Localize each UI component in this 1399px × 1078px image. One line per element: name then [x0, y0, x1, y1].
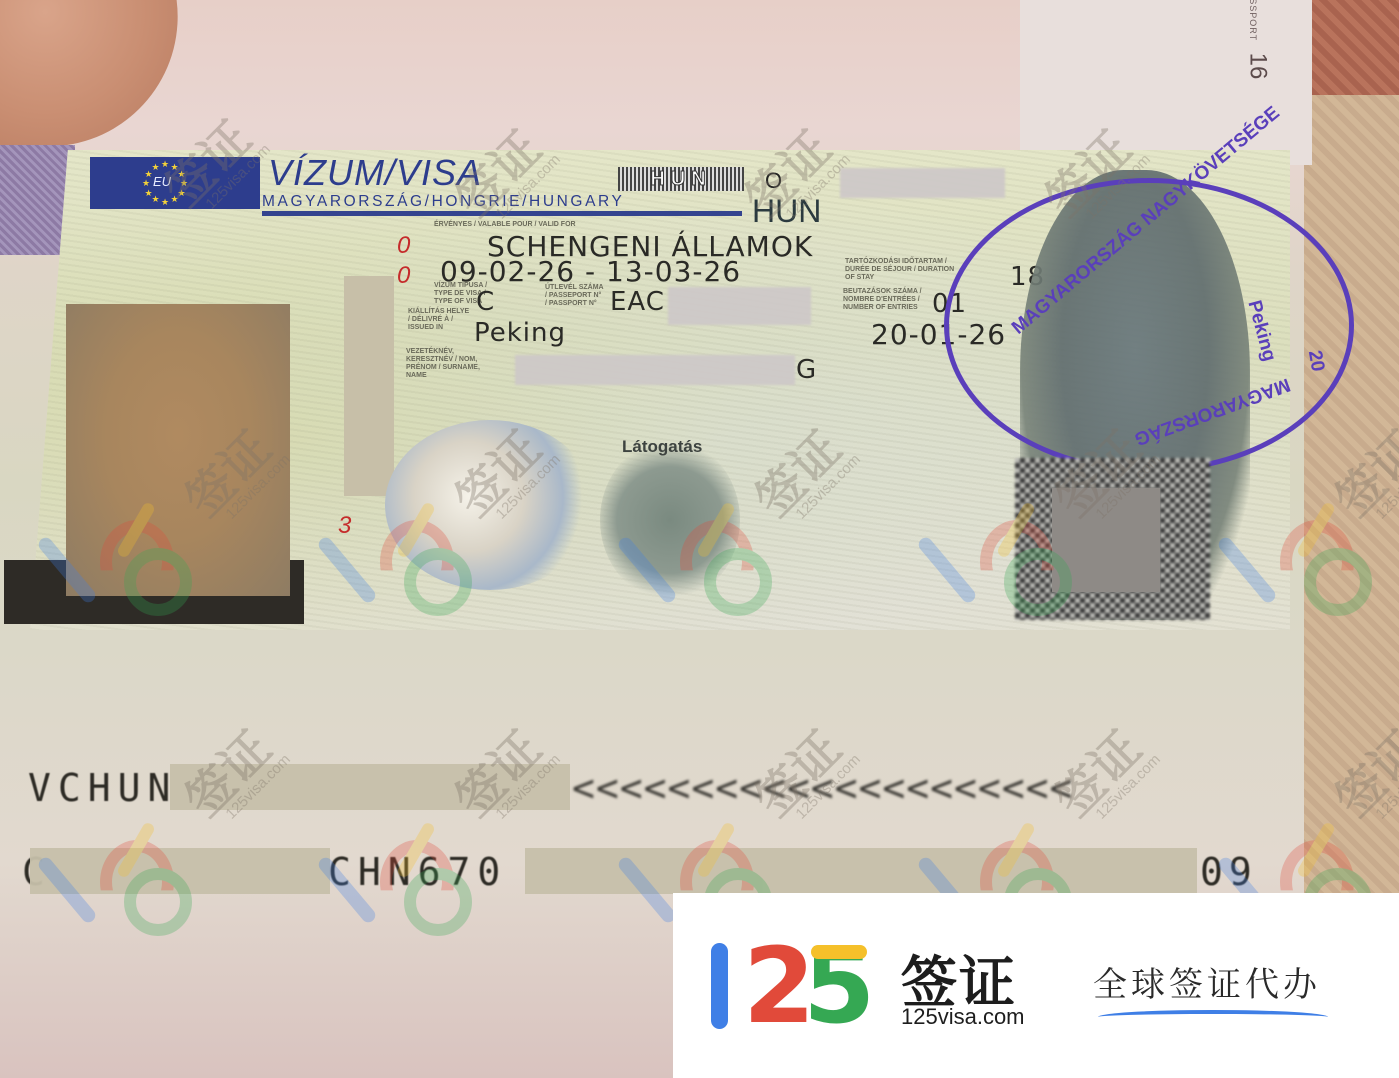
dates-separator: - [585, 255, 596, 288]
passport-page-number: 16 [1243, 53, 1271, 80]
visa-title: VÍZUM/VISA [268, 152, 482, 194]
eu-star-icon: ★ [161, 160, 169, 169]
eu-star-icon: ★ [152, 163, 160, 172]
hologram [385, 420, 595, 590]
eu-star-icon: ★ [171, 195, 179, 204]
visa-serial-prefix: O [765, 168, 782, 194]
remarks-value: Látogatás [622, 437, 702, 457]
redacted-photo-strip [344, 276, 394, 496]
issuing-state: HUN [752, 193, 821, 230]
mrz-line1-filler: <<<<<<<<<<<<<<<<<<<<< [572, 766, 1073, 810]
eu-flag-label: EU [153, 174, 171, 189]
redacted-mrz-line2-b [525, 848, 1197, 894]
eu-star-icon: ★ [177, 170, 185, 179]
visa-type-value: C [476, 287, 495, 317]
passport-page-label: PASSPORT [1248, 0, 1258, 41]
logo-digit-1 [711, 943, 728, 1029]
side-number-1: 0 [397, 232, 410, 260]
label-duration-of-stay: TARTÓZKODÁSI IDŐTARTAM / DURÉE DE SÉJOUR… [845, 258, 955, 282]
microprint-line [262, 211, 742, 216]
stamp-number: 20 [1303, 349, 1328, 374]
redacted-mrz-line2-a [30, 848, 330, 894]
eu-star-icon: ★ [142, 179, 150, 188]
brand-banner: 2 5 签证 125visa.com 全球签证代办 [673, 893, 1399, 1078]
valid-until: 13-03-26 [606, 255, 741, 288]
issuing-code-box: HUN [618, 167, 744, 191]
redacted-passport-number [668, 287, 811, 325]
label-surname-name: VEZETÉKNÉV, KERESZTNÉV / NOM, PRÉNOM / S… [406, 348, 496, 380]
eu-star-icon: ★ [152, 195, 160, 204]
side-number-2: 0 [397, 262, 410, 290]
eu-star-icon: ★ [161, 198, 169, 207]
visa-country-line: MAGYARORSZÁG/HONGRIE/HUNGARY [262, 193, 624, 211]
valid-from: 09-02-26 [440, 255, 575, 288]
side-number-3: 3 [338, 512, 351, 540]
eu-star-icon: ★ [180, 179, 188, 188]
mrz-line2-end: 09 [1200, 850, 1258, 894]
eu-star-icon: ★ [145, 189, 153, 198]
brand-url: 125visa.com [901, 1004, 1025, 1030]
logo-digit-5: 5 [803, 941, 875, 1031]
brand-slogan: 全球签证代办 [1093, 957, 1321, 1006]
mrz-line1-prefix: VCHUN [28, 766, 177, 810]
redacted-serial [840, 168, 1005, 198]
security-seal [600, 440, 740, 600]
redacted-barcode [1052, 488, 1160, 592]
passport-facing-page [1020, 0, 1312, 165]
finger [0, 0, 194, 161]
redacted-holder-photo [66, 304, 290, 596]
eu-star-icon: ★ [177, 189, 185, 198]
label-issued-in: KIÁLLÍTÁS HELYE / DÉLIVRÉ À / ISSUED IN [408, 308, 473, 332]
label-valid-for: ÉRVÉNYES / VALABLE POUR / VALID FOR [434, 221, 576, 229]
mrz-line2-mid: CHN670 [328, 850, 507, 894]
name-visible-tail: G [796, 355, 817, 385]
issued-in-value: Peking [474, 318, 566, 348]
eu-flag-icon: ★★★★★★★★★★★★ EU [90, 157, 260, 209]
validity-dates: 09-02-26 - 13-03-26 [440, 255, 741, 288]
redacted-mrz-line1 [170, 764, 570, 810]
redacted-name [515, 355, 795, 385]
passport-number-value: EAC [610, 287, 665, 317]
label-number-of-entries: BEUTAZÁSOK SZÁMA / NOMBRE D'ENTRÉES / NU… [843, 288, 943, 312]
slogan-swoosh [1098, 1010, 1328, 1024]
